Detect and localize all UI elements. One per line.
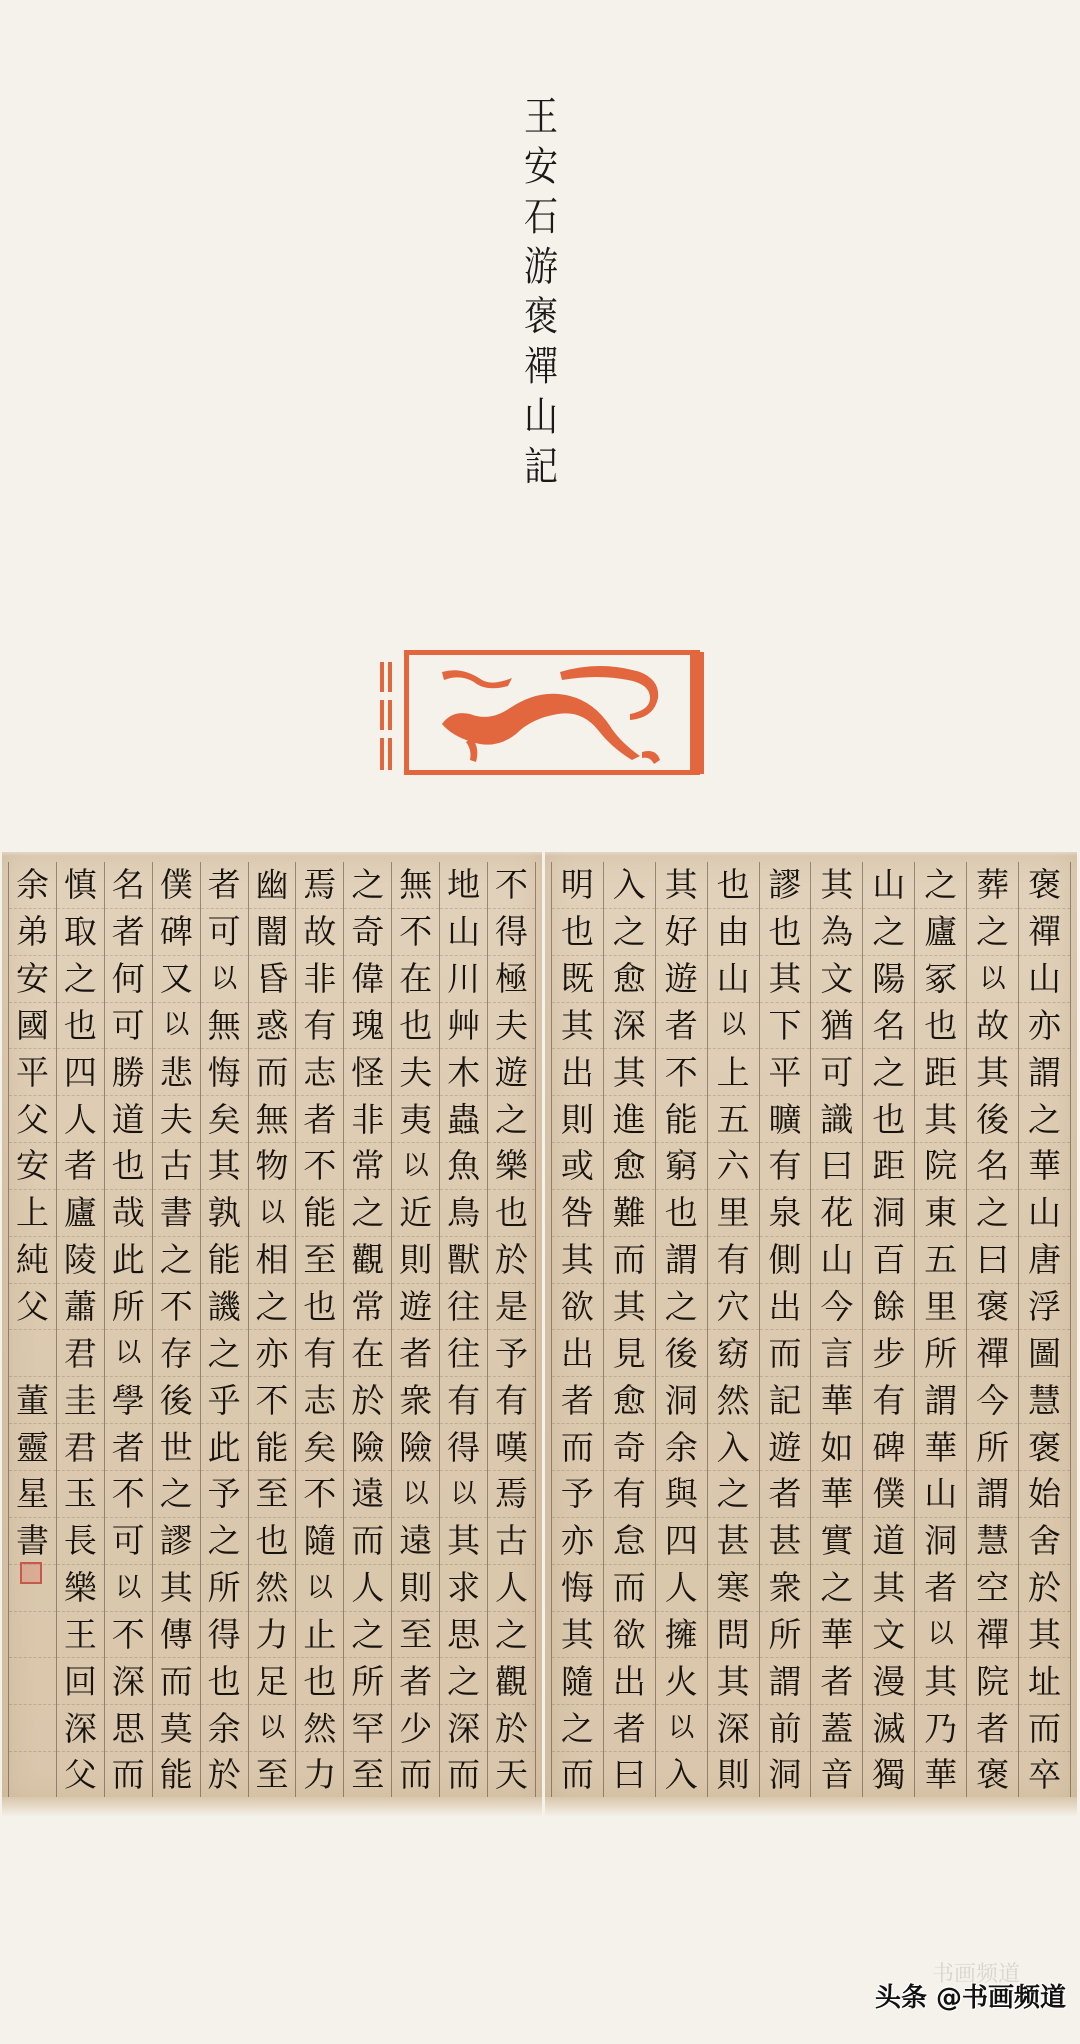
character-cell: 出 <box>760 1284 811 1331</box>
character-cell: 由 <box>708 909 759 956</box>
character-cell: 傳 <box>153 1612 200 1659</box>
character-cell: 者 <box>105 1424 152 1471</box>
character-cell: 擁 <box>656 1612 707 1659</box>
character-cell: 在 <box>392 956 439 1003</box>
character-cell: 曠 <box>760 1096 811 1143</box>
text-column: 幽闇昏惑而無物以相之亦不能至也然力足以至 <box>248 862 296 1799</box>
character-cell: 亦 <box>552 1518 603 1565</box>
character-cell: 名 <box>863 1003 914 1050</box>
character-cell: 焉 <box>296 862 343 909</box>
character-cell: 洞 <box>863 1190 914 1237</box>
character-cell: 距 <box>915 1049 966 1096</box>
character-cell: 其 <box>656 862 707 909</box>
character-cell: 之 <box>604 909 655 956</box>
character-cell: 華 <box>915 1424 966 1471</box>
text-column: 明也既其出則或咎其欲出者而予亦悔其隨之而 <box>551 862 603 1799</box>
text-column: 不得極夫遊之樂也於是予有嘆焉古人之觀於天 <box>487 862 536 1799</box>
character-cell: 弟 <box>9 909 56 956</box>
text-column: 地山川艸木蟲魚鳥獸往往有得以其求思之深而 <box>439 862 487 1799</box>
character-cell: 穴 <box>708 1284 759 1331</box>
character-cell: 蕭 <box>57 1284 104 1331</box>
title-char: 記 <box>524 442 558 492</box>
character-cell: 花 <box>811 1190 862 1237</box>
character-cell: 者 <box>105 909 152 956</box>
character-cell: 莫 <box>153 1705 200 1752</box>
character-cell: 華 <box>1019 1143 1070 1190</box>
character-cell: 不 <box>392 909 439 956</box>
character-cell: 欲 <box>604 1612 655 1659</box>
character-cell: 其 <box>440 1518 487 1565</box>
calligraphy-sheet-right: 褒禪山亦謂之華山唐浮圖慧褒始舍於其址而卒葬之以故其後名之曰褒禪今所謂慧空禪院者褒… <box>545 852 1077 1807</box>
character-cell: 樂 <box>57 1565 104 1612</box>
character-cell: 安 <box>9 1143 56 1190</box>
character-cell: 衆 <box>392 1377 439 1424</box>
character-cell: 而 <box>344 1518 391 1565</box>
character-cell: 院 <box>967 1658 1018 1705</box>
character-cell: 碑 <box>863 1424 914 1471</box>
character-cell: 道 <box>863 1518 914 1565</box>
character-cell: 記 <box>760 1377 811 1424</box>
character-cell: 其 <box>1019 1612 1070 1659</box>
character-cell: 謬 <box>760 862 811 909</box>
character-cell: 褒 <box>967 1284 1018 1331</box>
character-cell: 天 <box>488 1752 535 1799</box>
character-cell: 非 <box>296 956 343 1003</box>
character-cell: 至 <box>344 1752 391 1799</box>
character-cell: 有 <box>760 1143 811 1190</box>
character-cell: 有 <box>708 1237 759 1284</box>
character-cell: 以 <box>392 1471 439 1518</box>
character-cell: 四 <box>656 1518 707 1565</box>
character-cell: 不 <box>488 862 535 909</box>
character-cell: 可 <box>105 1518 152 1565</box>
character-cell: 滅 <box>863 1705 914 1752</box>
text-column: 葬之以故其後名之曰褒禪今所謂慧空禪院者褒 <box>966 862 1018 1799</box>
character-cell: 問 <box>708 1612 759 1659</box>
character-cell <box>9 1658 56 1705</box>
character-cell: 而 <box>604 1565 655 1612</box>
character-cell: 能 <box>656 1096 707 1143</box>
character-cell: 予 <box>552 1471 603 1518</box>
character-cell: 甚 <box>760 1518 811 1565</box>
character-cell: 古 <box>488 1518 535 1565</box>
character-cell: 山 <box>811 1237 862 1284</box>
character-cell: 則 <box>552 1096 603 1143</box>
character-cell: 進 <box>604 1096 655 1143</box>
character-cell: 有 <box>863 1377 914 1424</box>
character-cell: 不 <box>105 1471 152 1518</box>
character-cell: 以 <box>105 1565 152 1612</box>
character-cell: 者 <box>760 1471 811 1518</box>
signature-char: 董 <box>9 1377 56 1424</box>
character-cell: 或 <box>552 1143 603 1190</box>
character-cell: 奇 <box>604 1424 655 1471</box>
character-cell: 回 <box>57 1658 104 1705</box>
character-cell: 至 <box>392 1612 439 1659</box>
character-cell: 山 <box>915 1471 966 1518</box>
character-cell: 華 <box>811 1471 862 1518</box>
character-cell: 力 <box>296 1752 343 1799</box>
character-cell: 入 <box>708 1424 759 1471</box>
character-cell: 咎 <box>552 1190 603 1237</box>
character-cell <box>9 1612 56 1659</box>
character-cell: 以 <box>656 1705 707 1752</box>
character-cell: 魚 <box>440 1143 487 1190</box>
character-cell: 無 <box>201 1003 248 1050</box>
character-cell: 山 <box>1019 1190 1070 1237</box>
character-cell: 之 <box>1019 1096 1070 1143</box>
character-cell: 之 <box>344 1190 391 1237</box>
character-cell: 後 <box>153 1377 200 1424</box>
character-cell: 而 <box>552 1752 603 1799</box>
character-cell: 其 <box>915 1658 966 1705</box>
character-cell: 之 <box>344 862 391 909</box>
character-cell: 五 <box>915 1237 966 1284</box>
character-cell: 安 <box>9 956 56 1003</box>
character-cell: 者 <box>392 1330 439 1377</box>
character-cell: 無 <box>392 862 439 909</box>
character-cell: 深 <box>604 1003 655 1050</box>
character-cell: 里 <box>708 1190 759 1237</box>
character-cell: 慧 <box>1019 1377 1070 1424</box>
character-cell: 不 <box>249 1377 296 1424</box>
character-cell: 山 <box>708 956 759 1003</box>
character-cell: 然 <box>296 1705 343 1752</box>
character-cell: 明 <box>552 862 603 909</box>
character-cell: 里 <box>915 1284 966 1331</box>
character-cell: 往 <box>440 1330 487 1377</box>
character-cell: 卒 <box>1019 1752 1070 1799</box>
character-cell: 之 <box>440 1658 487 1705</box>
character-cell: 能 <box>249 1424 296 1471</box>
character-cell: 悔 <box>552 1565 603 1612</box>
character-cell: 求 <box>440 1565 487 1612</box>
character-cell: 禪 <box>1019 909 1070 956</box>
character-cell: 志 <box>296 1049 343 1096</box>
character-cell: 古 <box>153 1143 200 1190</box>
character-cell: 之 <box>656 1284 707 1331</box>
character-cell: 川 <box>440 956 487 1003</box>
character-cell: 文 <box>863 1612 914 1659</box>
text-column: 其好遊者不能窮也謂之後洞余與四人擁火以入 <box>655 862 707 1799</box>
character-cell: 能 <box>296 1190 343 1237</box>
character-cell: 褒 <box>967 1752 1018 1799</box>
character-cell: 之 <box>488 1612 535 1659</box>
character-cell: 音 <box>811 1752 862 1799</box>
character-cell: 上 <box>9 1190 56 1237</box>
character-cell: 而 <box>1019 1705 1070 1752</box>
character-cell: 之 <box>249 1284 296 1331</box>
character-grid-left: 不得極夫遊之樂也於是予有嘆焉古人之觀於天地山川艸木蟲魚鳥獸往往有得以其求思之深而… <box>8 862 536 1799</box>
character-cell: 夫 <box>392 1049 439 1096</box>
character-cell: 常 <box>344 1143 391 1190</box>
character-cell: 有 <box>296 1330 343 1377</box>
character-cell: 者 <box>392 1658 439 1705</box>
character-cell: 距 <box>863 1143 914 1190</box>
character-cell: 又 <box>153 956 200 1003</box>
character-cell: 不 <box>296 1471 343 1518</box>
character-cell: 碑 <box>153 909 200 956</box>
signature-char <box>9 1330 56 1377</box>
character-cell: 有 <box>440 1377 487 1424</box>
character-cell: 勝 <box>105 1049 152 1096</box>
character-cell: 者 <box>915 1565 966 1612</box>
character-cell: 慧 <box>967 1518 1018 1565</box>
character-cell: 可 <box>811 1049 862 1096</box>
signature-seal-icon <box>20 1562 42 1584</box>
character-cell: 與 <box>656 1471 707 1518</box>
character-cell: 則 <box>708 1752 759 1799</box>
character-cell: 側 <box>760 1237 811 1284</box>
character-cell: 也 <box>201 1658 248 1705</box>
character-cell: 餘 <box>863 1284 914 1331</box>
character-cell: 遊 <box>488 1049 535 1096</box>
character-cell: 此 <box>105 1237 152 1284</box>
character-cell: 於 <box>344 1377 391 1424</box>
character-cell: 止 <box>296 1612 343 1659</box>
character-cell: 嘆 <box>488 1424 535 1471</box>
character-cell: 極 <box>488 956 535 1003</box>
character-cell: 乃 <box>915 1705 966 1752</box>
character-cell: 於 <box>488 1237 535 1284</box>
text-column: 也由山以上五六里有穴窈然入之甚寒問其深則 <box>707 862 759 1799</box>
character-cell: 華 <box>811 1377 862 1424</box>
character-cell: 常 <box>344 1284 391 1331</box>
text-column: 褒禪山亦謂之華山唐浮圖慧褒始舍於其址而卒 <box>1018 862 1071 1799</box>
character-cell: 獨 <box>863 1752 914 1799</box>
character-cell: 言 <box>811 1330 862 1377</box>
character-cell: 以 <box>296 1565 343 1612</box>
character-cell: 其 <box>708 1658 759 1705</box>
character-cell: 悔 <box>201 1049 248 1096</box>
text-column: 僕碑又以悲夫古書之不存後世之謬其傳而莫能 <box>152 862 200 1799</box>
character-cell: 四 <box>57 1049 104 1096</box>
character-cell: 也 <box>105 1143 152 1190</box>
character-cell: 何 <box>105 956 152 1003</box>
character-cell: 以 <box>201 956 248 1003</box>
character-cell: 址 <box>1019 1658 1070 1705</box>
text-column: 其為文猶可識曰花山今言華如華實之華者蓋音 <box>810 862 862 1799</box>
character-cell: 父 <box>57 1752 104 1799</box>
character-cell: 好 <box>656 909 707 956</box>
character-cell: 得 <box>488 909 535 956</box>
character-cell: 惑 <box>249 1003 296 1050</box>
character-cell: 而 <box>105 1752 152 1799</box>
character-cell: 褒 <box>1019 1424 1070 1471</box>
character-cell: 至 <box>249 1752 296 1799</box>
character-cell: 人 <box>344 1565 391 1612</box>
character-cell: 也 <box>552 909 603 956</box>
character-cell: 窮 <box>656 1143 707 1190</box>
character-cell: 其 <box>552 1237 603 1284</box>
character-cell: 也 <box>57 1003 104 1050</box>
character-cell: 後 <box>967 1096 1018 1143</box>
character-cell: 為 <box>811 909 862 956</box>
character-cell: 也 <box>488 1190 535 1237</box>
character-cell: 能 <box>201 1237 248 1284</box>
character-cell: 書 <box>153 1190 200 1237</box>
character-cell: 學 <box>105 1377 152 1424</box>
character-cell: 也 <box>392 1003 439 1050</box>
character-cell: 漫 <box>863 1658 914 1705</box>
character-cell: 平 <box>760 1049 811 1096</box>
character-cell: 其 <box>201 1143 248 1190</box>
character-cell: 長 <box>57 1518 104 1565</box>
character-cell: 悲 <box>153 1049 200 1096</box>
character-cell: 入 <box>656 1752 707 1799</box>
character-cell: 夷 <box>392 1096 439 1143</box>
character-cell: 往 <box>440 1284 487 1331</box>
character-cell: 也 <box>760 909 811 956</box>
character-cell: 蓋 <box>811 1705 862 1752</box>
character-cell: 也 <box>708 862 759 909</box>
character-cell: 世 <box>153 1424 200 1471</box>
character-cell: 深 <box>105 1658 152 1705</box>
character-cell: 矣 <box>201 1096 248 1143</box>
character-cell: 而 <box>760 1330 811 1377</box>
character-cell: 出 <box>552 1330 603 1377</box>
character-cell: 不 <box>296 1143 343 1190</box>
character-cell: 不 <box>656 1049 707 1096</box>
character-cell: 猶 <box>811 1003 862 1050</box>
character-cell: 泉 <box>760 1190 811 1237</box>
character-cell: 然 <box>249 1565 296 1612</box>
character-cell: 而 <box>552 1424 603 1471</box>
character-cell: 相 <box>249 1237 296 1284</box>
character-cell: 可 <box>105 1003 152 1050</box>
character-cell: 之 <box>344 1612 391 1659</box>
character-cell: 有 <box>488 1377 535 1424</box>
character-cell: 近 <box>392 1190 439 1237</box>
character-cell: 有 <box>296 1003 343 1050</box>
character-cell: 地 <box>440 862 487 909</box>
character-cell: 君 <box>57 1424 104 1471</box>
character-cell: 隨 <box>296 1518 343 1565</box>
character-cell: 火 <box>656 1658 707 1705</box>
character-cell: 險 <box>392 1424 439 1471</box>
character-cell: 昏 <box>249 956 296 1003</box>
character-cell: 觀 <box>344 1237 391 1284</box>
character-cell: 曰 <box>967 1237 1018 1284</box>
character-cell: 王 <box>57 1612 104 1659</box>
character-cell: 也 <box>863 1096 914 1143</box>
character-cell: 謂 <box>656 1237 707 1284</box>
character-cell: 所 <box>915 1330 966 1377</box>
character-cell: 之 <box>153 1471 200 1518</box>
character-cell: 曰 <box>604 1752 655 1799</box>
character-cell: 遠 <box>392 1518 439 1565</box>
character-cell: 遠 <box>344 1471 391 1518</box>
character-cell: 其 <box>153 1565 200 1612</box>
character-cell: 其 <box>552 1612 603 1659</box>
text-column: 無不在也夫夷以近則遊者衆險以遠則至者少而 <box>391 862 439 1799</box>
character-cell: 上 <box>708 1049 759 1096</box>
character-cell: 得 <box>440 1424 487 1471</box>
character-cell: 也 <box>915 1003 966 1050</box>
character-cell: 君 <box>57 1330 104 1377</box>
character-cell: 者 <box>201 862 248 909</box>
character-cell: 六 <box>708 1143 759 1190</box>
character-cell: 余 <box>9 862 56 909</box>
character-cell: 於 <box>1019 1565 1070 1612</box>
character-cell: 識 <box>811 1096 862 1143</box>
character-cell: 而 <box>440 1752 487 1799</box>
character-cell: 禪 <box>967 1330 1018 1377</box>
character-cell: 也 <box>296 1658 343 1705</box>
character-cell: 浮 <box>1019 1284 1070 1331</box>
character-cell: 廬 <box>915 909 966 956</box>
character-cell: 圖 <box>1019 1330 1070 1377</box>
character-cell: 之 <box>967 1190 1018 1237</box>
character-cell: 其 <box>552 1003 603 1050</box>
character-cell: 所 <box>760 1612 811 1659</box>
character-cell: 以 <box>392 1143 439 1190</box>
character-cell: 實 <box>811 1518 862 1565</box>
character-cell: 欲 <box>552 1284 603 1331</box>
text-column: 之奇偉瑰怪非常之觀常在於險遠而人之所罕至 <box>343 862 391 1799</box>
character-cell: 觀 <box>488 1658 535 1705</box>
character-cell: 也 <box>656 1190 707 1237</box>
character-cell: 陽 <box>863 956 914 1003</box>
calligraphy-sheet-left: 不得極夫遊之樂也於是予有嘆焉古人之觀於天地山川艸木蟲魚鳥獸往往有得以其求思之深而… <box>2 852 542 1807</box>
character-cell: 出 <box>604 1658 655 1705</box>
character-cell: 之 <box>967 909 1018 956</box>
character-cell: 之 <box>552 1705 603 1752</box>
character-cell: 冢 <box>915 956 966 1003</box>
character-cell: 洞 <box>915 1518 966 1565</box>
title-char: 游 <box>524 242 558 292</box>
character-cell: 人 <box>656 1565 707 1612</box>
title-char: 安 <box>524 142 558 192</box>
signature-char: 星 <box>9 1471 56 1518</box>
character-cell: 能 <box>153 1752 200 1799</box>
character-cell: 以 <box>153 1003 200 1050</box>
character-cell: 父 <box>9 1284 56 1331</box>
character-cell: 焉 <box>488 1471 535 1518</box>
character-cell: 者 <box>811 1658 862 1705</box>
character-cell: 愈 <box>604 1143 655 1190</box>
character-cell: 取 <box>57 909 104 956</box>
character-cell: 舍 <box>1019 1518 1070 1565</box>
character-cell: 所 <box>967 1424 1018 1471</box>
character-cell: 名 <box>105 862 152 909</box>
title-char: 石 <box>524 192 558 242</box>
character-cell: 出 <box>552 1049 603 1096</box>
character-cell: 亦 <box>249 1330 296 1377</box>
character-cell: 步 <box>863 1330 914 1377</box>
character-cell: 怪 <box>344 1049 391 1096</box>
character-cell: 衆 <box>760 1565 811 1612</box>
character-cell: 院 <box>915 1143 966 1190</box>
character-cell: 有 <box>604 1471 655 1518</box>
character-cell: 奇 <box>344 909 391 956</box>
title-char: 王 <box>524 92 558 142</box>
character-cell: 然 <box>708 1377 759 1424</box>
character-cell: 所 <box>344 1658 391 1705</box>
character-cell: 乎 <box>201 1377 248 1424</box>
character-cell: 夫 <box>488 1003 535 1050</box>
character-cell: 其 <box>811 862 862 909</box>
character-cell: 之 <box>915 862 966 909</box>
character-cell: 此 <box>201 1424 248 1471</box>
character-cell: 葬 <box>967 862 1018 909</box>
character-cell: 獸 <box>440 1237 487 1284</box>
character-cell: 則 <box>392 1237 439 1284</box>
character-cell: 入 <box>604 862 655 909</box>
text-column: 入之愈深其進愈難而其見愈奇有怠而欲出者曰 <box>603 862 655 1799</box>
character-cell: 唐 <box>1019 1237 1070 1284</box>
character-cell: 哉 <box>105 1190 152 1237</box>
